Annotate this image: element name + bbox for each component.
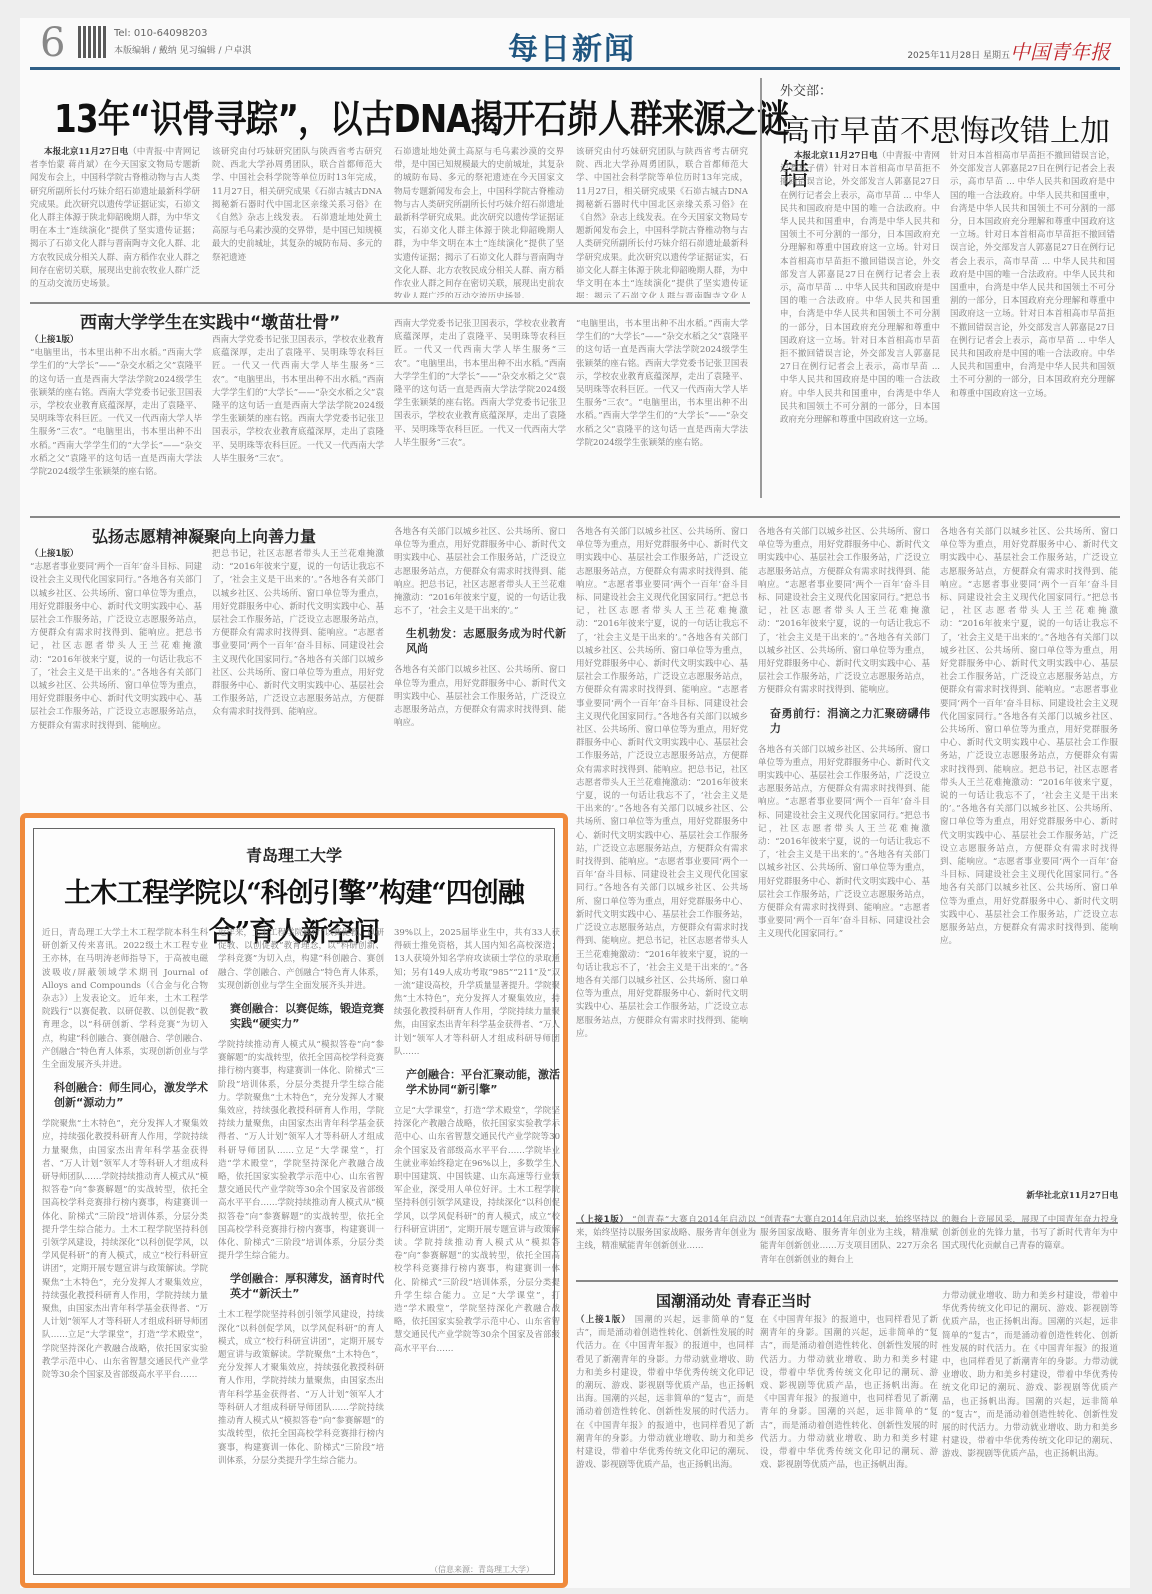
newspaper-page: 6 Tel: 010-64098203 本版编辑 / 戴纳 见习编辑 / 户卓淇… <box>20 18 1130 1588</box>
guochao-text-cont3: 国潮的兴起，远非简单的“复古”，而是涌动着创造性转化、创新性发展的时代活力。 <box>576 1394 754 1417</box>
side-text-cont2: 针对日本首相高市早苗拒不撤回错误言论，外交部发言人郭嘉昆27日在例行记者会上表示… <box>780 336 940 425</box>
newspaper-logo: 中国青年报 <box>1010 36 1110 65</box>
qr-code-icon[interactable] <box>78 26 106 58</box>
volunteer-text-cont39: 各地各有关部门以城乡社区、公共场所、窗口单位等为重点，用好党群服务中心、新时代文… <box>940 870 1118 946</box>
volunteer-col5: 各地各有关部门以城乡社区、公共场所、窗口单位等为重点，用好党群服务中心、新时代文… <box>758 526 930 1266</box>
volunteer-subhead-1: 生机勃发：志愿服务成为时代新风尚 <box>394 626 566 656</box>
side-story-col1: 本报北京11月27日电（中青报·中青网记者马子倩）针对日本首相高市早苗拒不撤回错… <box>780 150 940 505</box>
guochao-col1: （上接1版） 国潮的兴起，远非简单的“复古”，而是涌动着创造性转化、创新性发展的… <box>576 1314 754 1584</box>
guochao-col2: 在《中国青年报》的报道中，也同样看见了新潮青年的身影。国潮的兴起，远非简单的“复… <box>760 1314 938 1584</box>
lead-story-col4: 该研究由付巧妹研究团队与陕西省考古研究院、西北大学孙周勇团队，联合首都师范大学、… <box>576 146 748 298</box>
continued-tag: （上接1版） <box>576 1215 629 1225</box>
southwest-col2: 西南大学党委书记张卫国表示，学校农业教育底蕴深厚，走出了袁隆平、吴明珠等农科巨匠… <box>212 334 384 512</box>
lead-story-col2: 该研究由付巧妹研究团队与陕西省考古研究院、西北大学孙周勇团队，联合首都师范大学、… <box>212 146 382 298</box>
feature-intro: 近日，青岛理工大学土木工程学院本科生科研创新又传来喜讯。2022级土木工程专业王… <box>42 928 208 1004</box>
guochao-headline[interactable]: 国潮涌动处 青春正当时 <box>656 1290 811 1311</box>
youth-col1: （上接1版） “创青春”大赛自2014年启动以来，始终坚持以服务国家战略、服务青… <box>576 1214 756 1274</box>
volunteer-headline[interactable]: 弘扬志愿精神凝聚向上向善力量 <box>92 524 316 547</box>
masthead: 6 Tel: 010-64098203 本版编辑 / 戴纳 见习编辑 / 户卓淇… <box>30 18 1120 70</box>
lead-story-col1: 本报北京11月27日电（中青报·中青网记者李怡蒙 蒋肖斌）在今天国家文物局专题新… <box>30 146 200 298</box>
feature-kicker: 青岛理工大学 <box>34 843 554 866</box>
section-title: 每日新闻 <box>508 24 636 68</box>
side-text-cont4: 针对日本首相高市早苗拒不撤回错误言论，外交部发言人郭嘉昆27日在例行记者会上表示… <box>950 230 1115 319</box>
highlighted-feature-box[interactable]: 青岛理工大学 土木工程学院以“科创引擎”构建“四创融合”育人新空间 近日，青岛理… <box>20 813 568 1588</box>
lead-text-cont3: 该研究由付巧妹研究团队与陕西省考古研究院、西北大学孙周勇团队，联合首都师范大学、… <box>576 147 748 223</box>
side-story-col2: 针对日本首相高市早苗拒不撤回错误言论，外交部发言人郭嘉昆27日在例行记者会上表示… <box>950 150 1115 505</box>
feature-section-title: 学创融合：厚积薄发，涵育时代英才“新沃土” <box>218 1271 384 1301</box>
volunteer-text-cont9: 各地各有关部门以城乡社区、公共场所、窗口单位等为重点，用好党群服务中心、新时代文… <box>394 665 566 728</box>
youth-col2: “创青春”大赛自2014年启动以来，始终坚持以服务国家战略、服务青年创业为主线，… <box>760 1214 938 1274</box>
lead-text-p2: 该研究由付巧妹研究团队与陕西省考古研究院、西北大学孙周勇团队，联合首都师范大学、… <box>212 147 382 223</box>
feature-section-title: 赛创融合：以赛促练，锻造竞赛实践“硬实力” <box>218 1001 384 1031</box>
continued-tag: （上接1版） <box>30 335 78 345</box>
volunteer-signoff: 新华社北京11月27日电 <box>1026 1191 1118 1201</box>
side-text: 针对日本首相高市早苗拒不撤回错误言论，外交部发言人郭嘉昆27日在例行记者会上表示… <box>780 164 940 253</box>
southwest-col3: 西南大学党委书记张卫国表示，学校农业教育底蕴深厚，走出了袁隆平、吴明珠等农科巨匠… <box>394 318 566 512</box>
lead-story-col3: 石峁遗址地处黄土高原与毛乌素沙漠的交界带，是中国已知规模最大的史前城址，其复杂的… <box>394 146 564 298</box>
volunteer-subhead-2: 奋勇前行：涓滴之力汇聚磅礴伟力 <box>758 706 930 736</box>
feature-col3: 39%以上，2025届毕业生中，共有33人获得硕士推免资格，其人国内知名高校深造… <box>394 927 560 1517</box>
youth-text-end: 的舞台上竞展风采，展现了中国青年奋力投身创新创业的先锋力量，书写了新时代青年为中… <box>942 1215 1118 1251</box>
divider <box>30 516 1120 518</box>
southwest-headline[interactable]: 西南大学学生在实践中“墩苗壮骨” <box>80 308 340 333</box>
lead-headline[interactable]: 13年“识骨寻踪”，以古DNA揭开石峁人群来源之谜 <box>54 88 789 143</box>
side-text-cont5: 针对日本首相高市早苗拒不撤回错误言论，外交部发言人郭嘉昆27日在例行记者会上表示… <box>950 309 1115 398</box>
volunteer-col4: 各地各有关部门以城乡社区、公共场所、窗口单位等为重点，用好党群服务中心、新时代文… <box>576 526 748 1266</box>
issue-date: 2025年11月28日 星期五 <box>907 48 1010 61</box>
side-text-cont3: 针对日本首相高市早苗拒不撤回错误言论，外交部发言人郭嘉昆27日在例行记者会上表示… <box>950 151 1115 240</box>
continued-tag: （上接1版） <box>576 1315 631 1325</box>
page-number: 6 <box>40 20 65 66</box>
southwest-col1: （上接1版） “电脑里出，书本里出种不出水稻。”西南大学学生们的“大学长”——“… <box>30 334 202 512</box>
side-kicker: 外交部： <box>780 80 832 99</box>
feature-frame: 青岛理工大学 土木工程学院以“科创引擎”构建“四创融合”育人新空间 近日，青岛理… <box>33 828 555 1575</box>
feature-text-cont4: 立足“大学课堂”，打造“学术殿堂”，学院坚持深化产教融合战略，依托国家实验教学示… <box>42 1330 208 1380</box>
side-dateline: 本报北京11月27日电 <box>794 151 878 161</box>
guochao-col3: 力带动就业增收、助力和美乡村建设，带着中华优秀传统文化印记的潮玩、游戏、影视剧等… <box>942 1290 1118 1584</box>
feature-col1: 近日，青岛理工大学土木工程学院本科生科研创新又传来喜讯。2022级土木工程专业王… <box>42 927 208 1567</box>
volunteer-signoff-wrap: 新华社北京11月27日电 <box>940 1190 1118 1206</box>
phone-number: Tel: 010-64098203 <box>114 28 207 39</box>
feature-text-cont5: 近年来，土木工程学院践行“以赛促教、以研促教、以创促教”教育理念，以“科研创新、… <box>218 928 384 991</box>
lead-dateline: 本报北京11月27日电 <box>44 147 128 157</box>
continued-tag: （上接1版） <box>30 549 78 559</box>
divider <box>576 1280 1118 1282</box>
volunteer-col3: 各地各有关部门以城乡社区、公共场所、窗口单位等为重点，用好党群服务中心、新时代文… <box>394 526 566 810</box>
volunteer-col1: （上接1版） “志愿者事业要同‘两个一百年’奋斗目标、同建设社会主义现代化国家同… <box>30 548 202 810</box>
feature-section-title: 科创融合：师生同心，激发学术创新“源动力” <box>42 1080 208 1110</box>
volunteer-text-cont8: 把总书记，社区志愿者带头人王兰花难掩激动：“2016年彼来宁夏，说的一句话让我忘… <box>394 580 566 616</box>
feature-text-cont11: 学院聚焦“土木特色”，充分发挥人才聚集效应，持续强化教授科研育人作用，学院持续力… <box>394 981 560 1057</box>
southwest-col4: “电脑里出，书本里出种不出水稻。”西南大学学生们的“大学长”——“杂交水稻之父”… <box>576 318 748 512</box>
lead-text-cont4: 在今天国家文物局专题新闻发布会上，中国科学院古脊椎动物与古人类研究所副所长付巧妹… <box>576 213 748 298</box>
volunteer-text-cont20: 各地各有关部门以城乡社区、公共场所、窗口单位等为重点，用好党群服务中心、新时代文… <box>576 963 748 1039</box>
feature-intro-p2: 近年来，土木工程学院践行“以赛促教、以研促教、以创促教”教育理念，以“科研创新、… <box>42 994 208 1070</box>
youth-col3: 的舞台上竞展风采，展现了中国青年奋力投身创新创业的先锋力量，书写了新时代青年为中… <box>942 1214 1118 1274</box>
feature-section-title: 产创融合：平台汇聚动能，激活学术协同“新引擎” <box>394 1067 560 1097</box>
editors-credit: 本版编辑 / 戴纳 见习编辑 / 户卓淇 <box>114 43 251 56</box>
lead-text-cont2: 在今天国家文物局专题新闻发布会上，中国科学院古脊椎动物与古人类研究所副所长付巧妹… <box>394 173 564 298</box>
column-rule <box>760 78 762 498</box>
volunteer-col6: 各地各有关部门以城乡社区、公共场所、窗口单位等为重点，用好党群服务中心、新时代文… <box>940 526 1118 1206</box>
feature-source: （信息来源：青岛理工大学） <box>394 1564 534 1575</box>
side-text-cont: 针对日本首相高市早苗拒不撤回错误言论，外交部发言人郭嘉昆27日在例行记者会上表示… <box>780 243 940 345</box>
divider <box>30 302 750 304</box>
lead-text: 在今天国家文物局专题新闻发布会上，中国科学院古脊椎动物与古人类研究所副所长付巧妹… <box>30 160 200 289</box>
volunteer-col2: 把总书记，社区志愿者带头人王兰花难掩激动：“2016年彼来宁夏，说的一句话让我忘… <box>212 548 384 810</box>
feature-col2: 近年来，土木工程学院践行“以赛促教、以研促教、以创促教”教育理念，以“科研创新、… <box>218 927 384 1567</box>
